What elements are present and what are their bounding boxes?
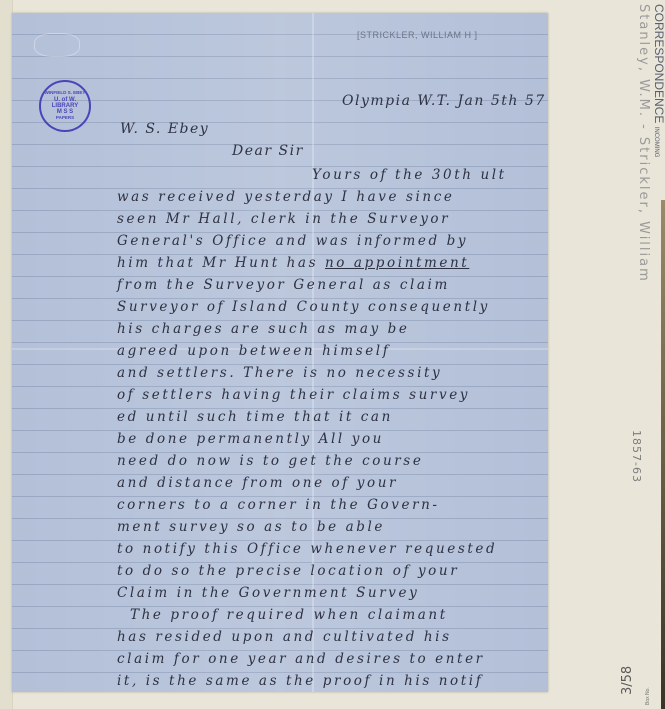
stamp-arc-bottom: PAPERS — [56, 116, 74, 121]
letter-line: ment survey so as to be able — [117, 519, 385, 535]
letter-line: claim for one year and desires to enter — [117, 651, 485, 667]
letter-line: to do so the precise location of your — [117, 563, 459, 579]
letter-line: of settlers having their claims survey — [117, 387, 470, 403]
underlined-phrase: no appointment — [325, 255, 469, 271]
letter-line: was received yesterday I have since — [117, 189, 454, 205]
dateline: Olympia W.T. Jan 5th 57 — [342, 93, 546, 109]
letter-line: Yours of the 30th ult — [312, 167, 507, 183]
letter-line: need do now is to get the course — [117, 453, 423, 469]
folder-box-tag: Box No. — [645, 687, 651, 705]
series-label-text: CORRESPONDENCE — [652, 4, 665, 123]
folder-handwritten-range: Stanley, W.M. - Strickler, William — [636, 4, 651, 283]
letter-line: to notify this Office whenever requested — [117, 541, 497, 557]
letter-line: seen Mr Hall, clerk in the Surveyor — [117, 211, 450, 227]
folder-date-range: 1857-63 — [630, 430, 643, 483]
letter-line: has resided upon and cultivated his — [117, 629, 452, 645]
letter-line: him that Mr Hunt has no appointment — [117, 255, 469, 271]
letter-line: from the Surveyor General as claim — [117, 277, 450, 293]
letter-line: and settlers. There is no necessity — [117, 365, 442, 381]
folder-series-label: CORRESPONDENCE INCOMING — [652, 4, 665, 157]
letter-line: The proof required when claimant — [130, 607, 448, 623]
letter-line: ed until such time that it can — [117, 409, 393, 425]
series-sublabel-text: INCOMING — [653, 127, 659, 158]
letter-line: Surveyor of Island County consequently — [117, 299, 490, 315]
library-stamp-icon: WINFIELD S. EBEY U. of W. LIBRARY M S S … — [39, 80, 91, 132]
embossed-paper-mark-icon — [34, 33, 80, 57]
letter-line: corners to a corner in the Govern- — [117, 497, 440, 513]
letter-line: agreed upon between himself — [117, 343, 390, 359]
letter-line: Claim in the Government Survey — [117, 585, 419, 601]
letter-line: his charges are such as may be — [117, 321, 409, 337]
letter-line: and distance from one of your — [117, 475, 398, 491]
archive-name-label: [STRICKLER, WILLIAM H ] — [357, 30, 478, 40]
letter-line: be done permanently All you — [117, 431, 384, 447]
letter-line: General's Office and was informed by — [117, 233, 468, 249]
folder-box-number: 3/58 — [620, 666, 635, 695]
letter-line: it, is the same as the proof in his noti… — [117, 673, 483, 689]
letter-page: [STRICKLER, WILLIAM H ] WINFIELD S. EBEY… — [12, 13, 548, 692]
folder-dark-edge — [661, 200, 665, 709]
salutation: Dear Sir — [232, 143, 304, 159]
addressee: W. S. Ebey — [120, 121, 209, 137]
stamp-arc-top: WINFIELD S. EBEY — [45, 91, 86, 96]
